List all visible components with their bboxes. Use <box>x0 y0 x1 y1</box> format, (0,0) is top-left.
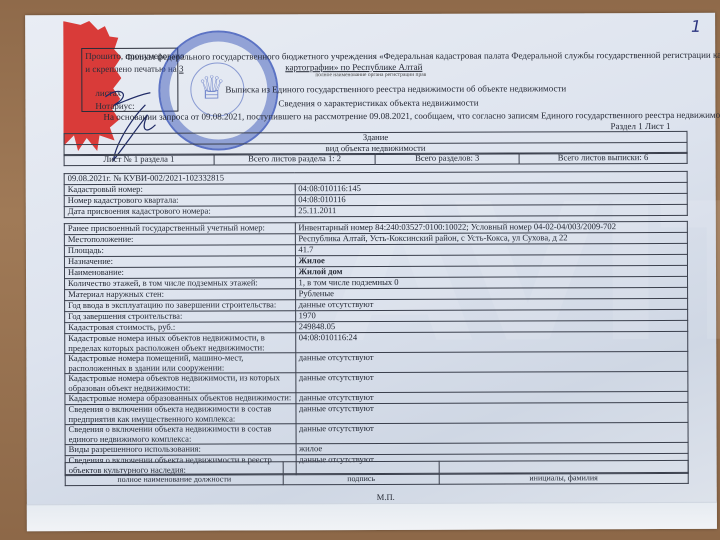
row-label: Сведения о включении объекта недвижимост… <box>65 424 296 445</box>
row-label: Местоположение: <box>64 234 295 246</box>
row-label: Год завершения строительства: <box>65 311 296 323</box>
row-value: данные отсутствуют <box>295 371 688 392</box>
position-field <box>65 462 283 475</box>
row-label: Кадастровые номера иных объектов недвижи… <box>65 333 296 354</box>
org-caption: полное наименование органа регистрации п… <box>315 72 426 78</box>
signature-block: полное наименование должности подпись ин… <box>65 460 689 486</box>
table-row: Сведения о включении объекта недвижимост… <box>65 402 688 424</box>
document-page: AVITO 1 Прошито, пронумеровано и скрепле… <box>25 13 717 531</box>
table-row: Кадастровые номера иных объектов недвижи… <box>65 331 688 353</box>
row-label: Дата присвоения кадастрового номера: <box>64 206 295 218</box>
record-table: 09.08.2021г. № КУВИ-002/2021-102332815 К… <box>64 171 688 218</box>
characteristics-table: Ранее присвоенный государственный учетны… <box>64 221 689 476</box>
row-label: Назначение: <box>64 256 295 268</box>
row-label: Площадь: <box>64 245 295 257</box>
section-sheet: Раздел 1 Лист 1 <box>610 121 670 131</box>
table-row: Сведения о включении объекта недвижимост… <box>65 422 688 444</box>
org-line-1: Филиал федерального государственного бюд… <box>125 50 720 62</box>
row-label: Кадастровые номера помещений, машино-мес… <box>65 353 296 374</box>
name-caption: инициалы, фамилия <box>439 472 688 484</box>
org-line-2: картографии» по Республике Алтай <box>285 62 422 72</box>
row-label: Ранее присвоенный государственный учетны… <box>64 223 295 235</box>
document-subtitle: Сведения о характеристиках объекта недви… <box>278 98 478 109</box>
row-label: Кадастровый номер: <box>64 184 295 196</box>
row-label: Сведения о включении объекта недвижимост… <box>65 404 296 425</box>
name-field <box>439 460 688 473</box>
request-text: На основании запроса от 09.08.2021, пост… <box>103 110 720 122</box>
sheet-info-cell: Всего листов выписки: 6 <box>519 152 687 164</box>
signature-caption: подпись <box>283 473 439 485</box>
signature-field <box>283 461 439 474</box>
row-value: данные отсутствуют <box>295 402 688 423</box>
row-value: данные отсутствуют <box>295 351 688 372</box>
seal-place-label: М.П. <box>377 492 395 502</box>
row-label: Кадастровые номера объектов недвижимости… <box>65 373 296 394</box>
coat-of-arms-icon: ♕ <box>197 69 226 107</box>
position-caption: полное наименование должности <box>65 474 283 486</box>
sheet-info-cell: Всего разделов: 3 <box>376 153 519 165</box>
sheet-info-cell: Всего листов раздела 1: 2 <box>214 153 376 165</box>
sheet-info-table: Лист № 1 раздела 1 Всего листов раздела … <box>64 152 688 166</box>
row-label: Количество этажей, в том числе подземных… <box>65 278 296 290</box>
paper-edge <box>27 502 717 531</box>
table-row: Кадастровые номера помещений, машино-мес… <box>65 351 688 373</box>
table-row: Дата присвоения кадастрового номера: 25.… <box>64 204 687 217</box>
document-title: Выписка из Единого государственного реес… <box>225 83 566 94</box>
row-value: 25.11.2011 <box>295 204 688 216</box>
row-value: 04:08:010116:24 <box>295 331 688 352</box>
handwritten-page-number: 1 <box>691 17 701 36</box>
table-row: Кадастровые номера объектов недвижимости… <box>65 371 688 393</box>
row-value: данные отсутствуют <box>296 422 689 443</box>
sheet-info-cell: Лист № 1 раздела 1 <box>64 154 214 166</box>
